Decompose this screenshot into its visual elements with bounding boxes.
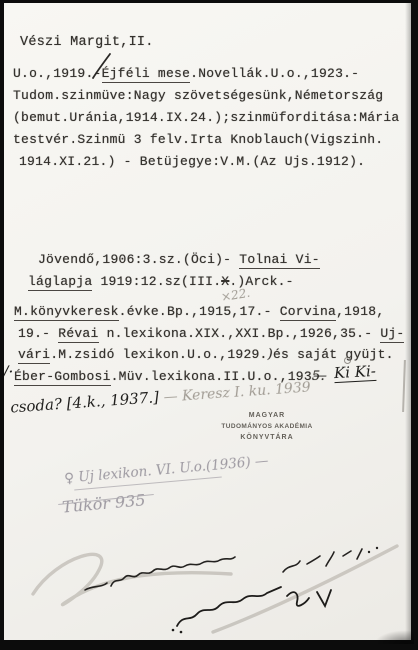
block2-line2-mid: 1919:12.sz(III. — [92, 274, 221, 289]
block3-line2: 19.- Révai n.lexikona.XIX.,XXI.Bp.,1926,… — [18, 326, 404, 341]
handwritten-ki-ki: Ki Ki- — [334, 362, 377, 382]
block3-line2-underlined-2: Uj- — [380, 326, 404, 343]
block1-line2: Tudom.szinmüve:Nagy szövetségesünk,Német… — [13, 88, 383, 103]
library-stamp: MAGYAR TUDOMÁNYOS AKADÉMIA KÖNYVTÁRA — [212, 410, 322, 443]
block2-line2: láglapja 1919:12.sz(III.X.)Arck.- — [28, 274, 294, 289]
block3-line3-post: és saját gyüjt. — [273, 347, 394, 362]
block2-line1-underlined: Tolnai Vi- — [239, 252, 320, 269]
block1-line5: 1914.XI.21.) - Betüjegye:V.M.(Az Ujs.191… — [19, 154, 365, 169]
scan-frame-bottom — [0, 640, 418, 650]
block3-line3-mid: .M.zsidó lexikon.U.o.,1929. — [50, 347, 267, 362]
block3-line1-underlined-2: Corvina — [280, 304, 336, 321]
scan-frame-top — [0, 0, 418, 3]
handwritten-stroke-over-title — [90, 52, 116, 80]
block3-line3: vári.M.zsidó lexikon.U.o.,1929.)és saját… — [18, 347, 394, 362]
small-circle-mark — [344, 357, 351, 364]
block3-line2-pre: 19.- — [18, 326, 58, 341]
block4-line1-underlined: Éber-Gombosi — [14, 369, 111, 386]
ink-scrawl-line2 — [172, 587, 331, 633]
scan-frame-right — [411, 0, 418, 650]
block3-line3-underlined: vári — [18, 347, 50, 364]
margin-slash-mark: ∕· — [3, 362, 13, 381]
bottom-handwriting-scrawl — [25, 540, 410, 645]
handwritten-dash: — — [313, 368, 327, 384]
block1-line1-post: .Novellák.U.o.,1923.- — [190, 66, 359, 81]
stamp-line3: KÖNYVTÁRA — [212, 432, 322, 443]
card-heading: Vészi Margit,II. — [20, 35, 154, 50]
ink-scrawl-line1 — [85, 547, 378, 590]
block1-line4: testvér.Szinmü 3 felv.Irta Knoblauch(Vig… — [13, 132, 383, 147]
block3-line1: M.könyvkeresk.évke.Bp.,1915,17.- Corvina… — [14, 304, 384, 319]
block1-line1-pre: U.o.,1919.- — [13, 66, 102, 81]
block1-line1: U.o.,1919.-Éjféli mese.Novellák.U.o.,192… — [13, 66, 359, 81]
block3-line2-underlined-1: Révai — [58, 326, 98, 343]
scan-frame-left — [0, 0, 4, 650]
block3-line2-mid: n.lexikona.XIX.,XXI.Bp.,1926,35.- — [99, 326, 381, 341]
scan-corner-blot — [374, 630, 414, 644]
block2-line1-pre: Jövendő,1906:3.sz.(Öci)- — [38, 252, 239, 267]
stamp-line1: MAGYAR — [212, 410, 322, 421]
catalog-card: Vészi Margit,II. U.o.,1919.-Éjféli mese.… — [0, 0, 418, 650]
block3-line1-underlined-1: M.könyvkeresk — [14, 304, 119, 321]
block3-line1-mid: .évke.Bp.,1915,17.- — [119, 304, 280, 319]
stamp-line2: TUDOMÁNYOS AKADÉMIA — [212, 421, 322, 432]
block3-line1-post: ,1918, — [336, 304, 384, 319]
handwritten-ki-ki-text: Ki Ki- — [334, 362, 377, 383]
block1-line3: (bemut.Uránia,1914.IX.24.);szinmüforditá… — [13, 110, 399, 125]
handwritten-csoda-ink: csoda? [4.k., 1937.] — [10, 388, 160, 416]
pencil-annotation-x22: ×22. — [220, 286, 251, 304]
block2-line1: Jövendő,1906:3.sz.(Öci)- Tolnai Vi- — [38, 252, 320, 267]
block2-line2-underlined: láglapja — [28, 274, 92, 291]
